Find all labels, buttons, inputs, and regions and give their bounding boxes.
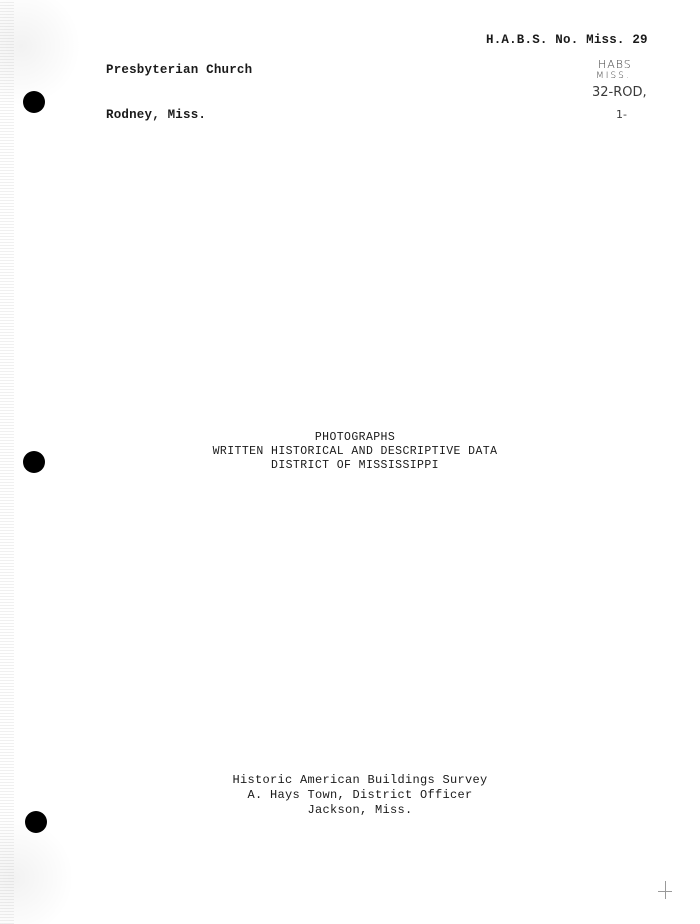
office-location: Jackson, Miss. [220, 803, 500, 818]
handwritten-catalog-code: 32-ROD, [592, 85, 647, 100]
title-line-data: WRITTEN HISTORICAL AND DESCRIPTIVE DATA [200, 445, 510, 459]
document-page: Presbyterian Church Rodney, Miss. H.A.B.… [0, 0, 700, 924]
handwritten-sheet-number: 1- [616, 108, 627, 121]
building-location: Rodney, Miss. [106, 108, 252, 123]
handwritten-miss: MISS. [596, 71, 631, 81]
title-line-district: DISTRICT OF MISSISSIPPI [200, 459, 510, 473]
building-address: Presbyterian Church Rodney, Miss. [106, 33, 252, 153]
handwritten-habs: HABS [598, 58, 632, 71]
punch-hole-top [23, 91, 45, 113]
district-officer: A. Hays Town, District Officer [220, 788, 500, 803]
building-name: Presbyterian Church [106, 63, 252, 78]
survey-name: Historic American Buildings Survey [220, 773, 500, 788]
survey-credit-block: Historic American Buildings Survey A. Ha… [220, 773, 500, 818]
document-title-block: PHOTOGRAPHS WRITTEN HISTORICAL AND DESCR… [200, 431, 510, 473]
title-line-photographs: PHOTOGRAPHS [200, 431, 510, 445]
habs-number: H.A.B.S. No. Miss. 29 [486, 33, 648, 48]
scan-edge-noise [0, 0, 14, 924]
punch-hole-middle [23, 451, 45, 473]
punch-hole-bottom [25, 811, 47, 833]
stray-scan-mark [660, 885, 672, 897]
